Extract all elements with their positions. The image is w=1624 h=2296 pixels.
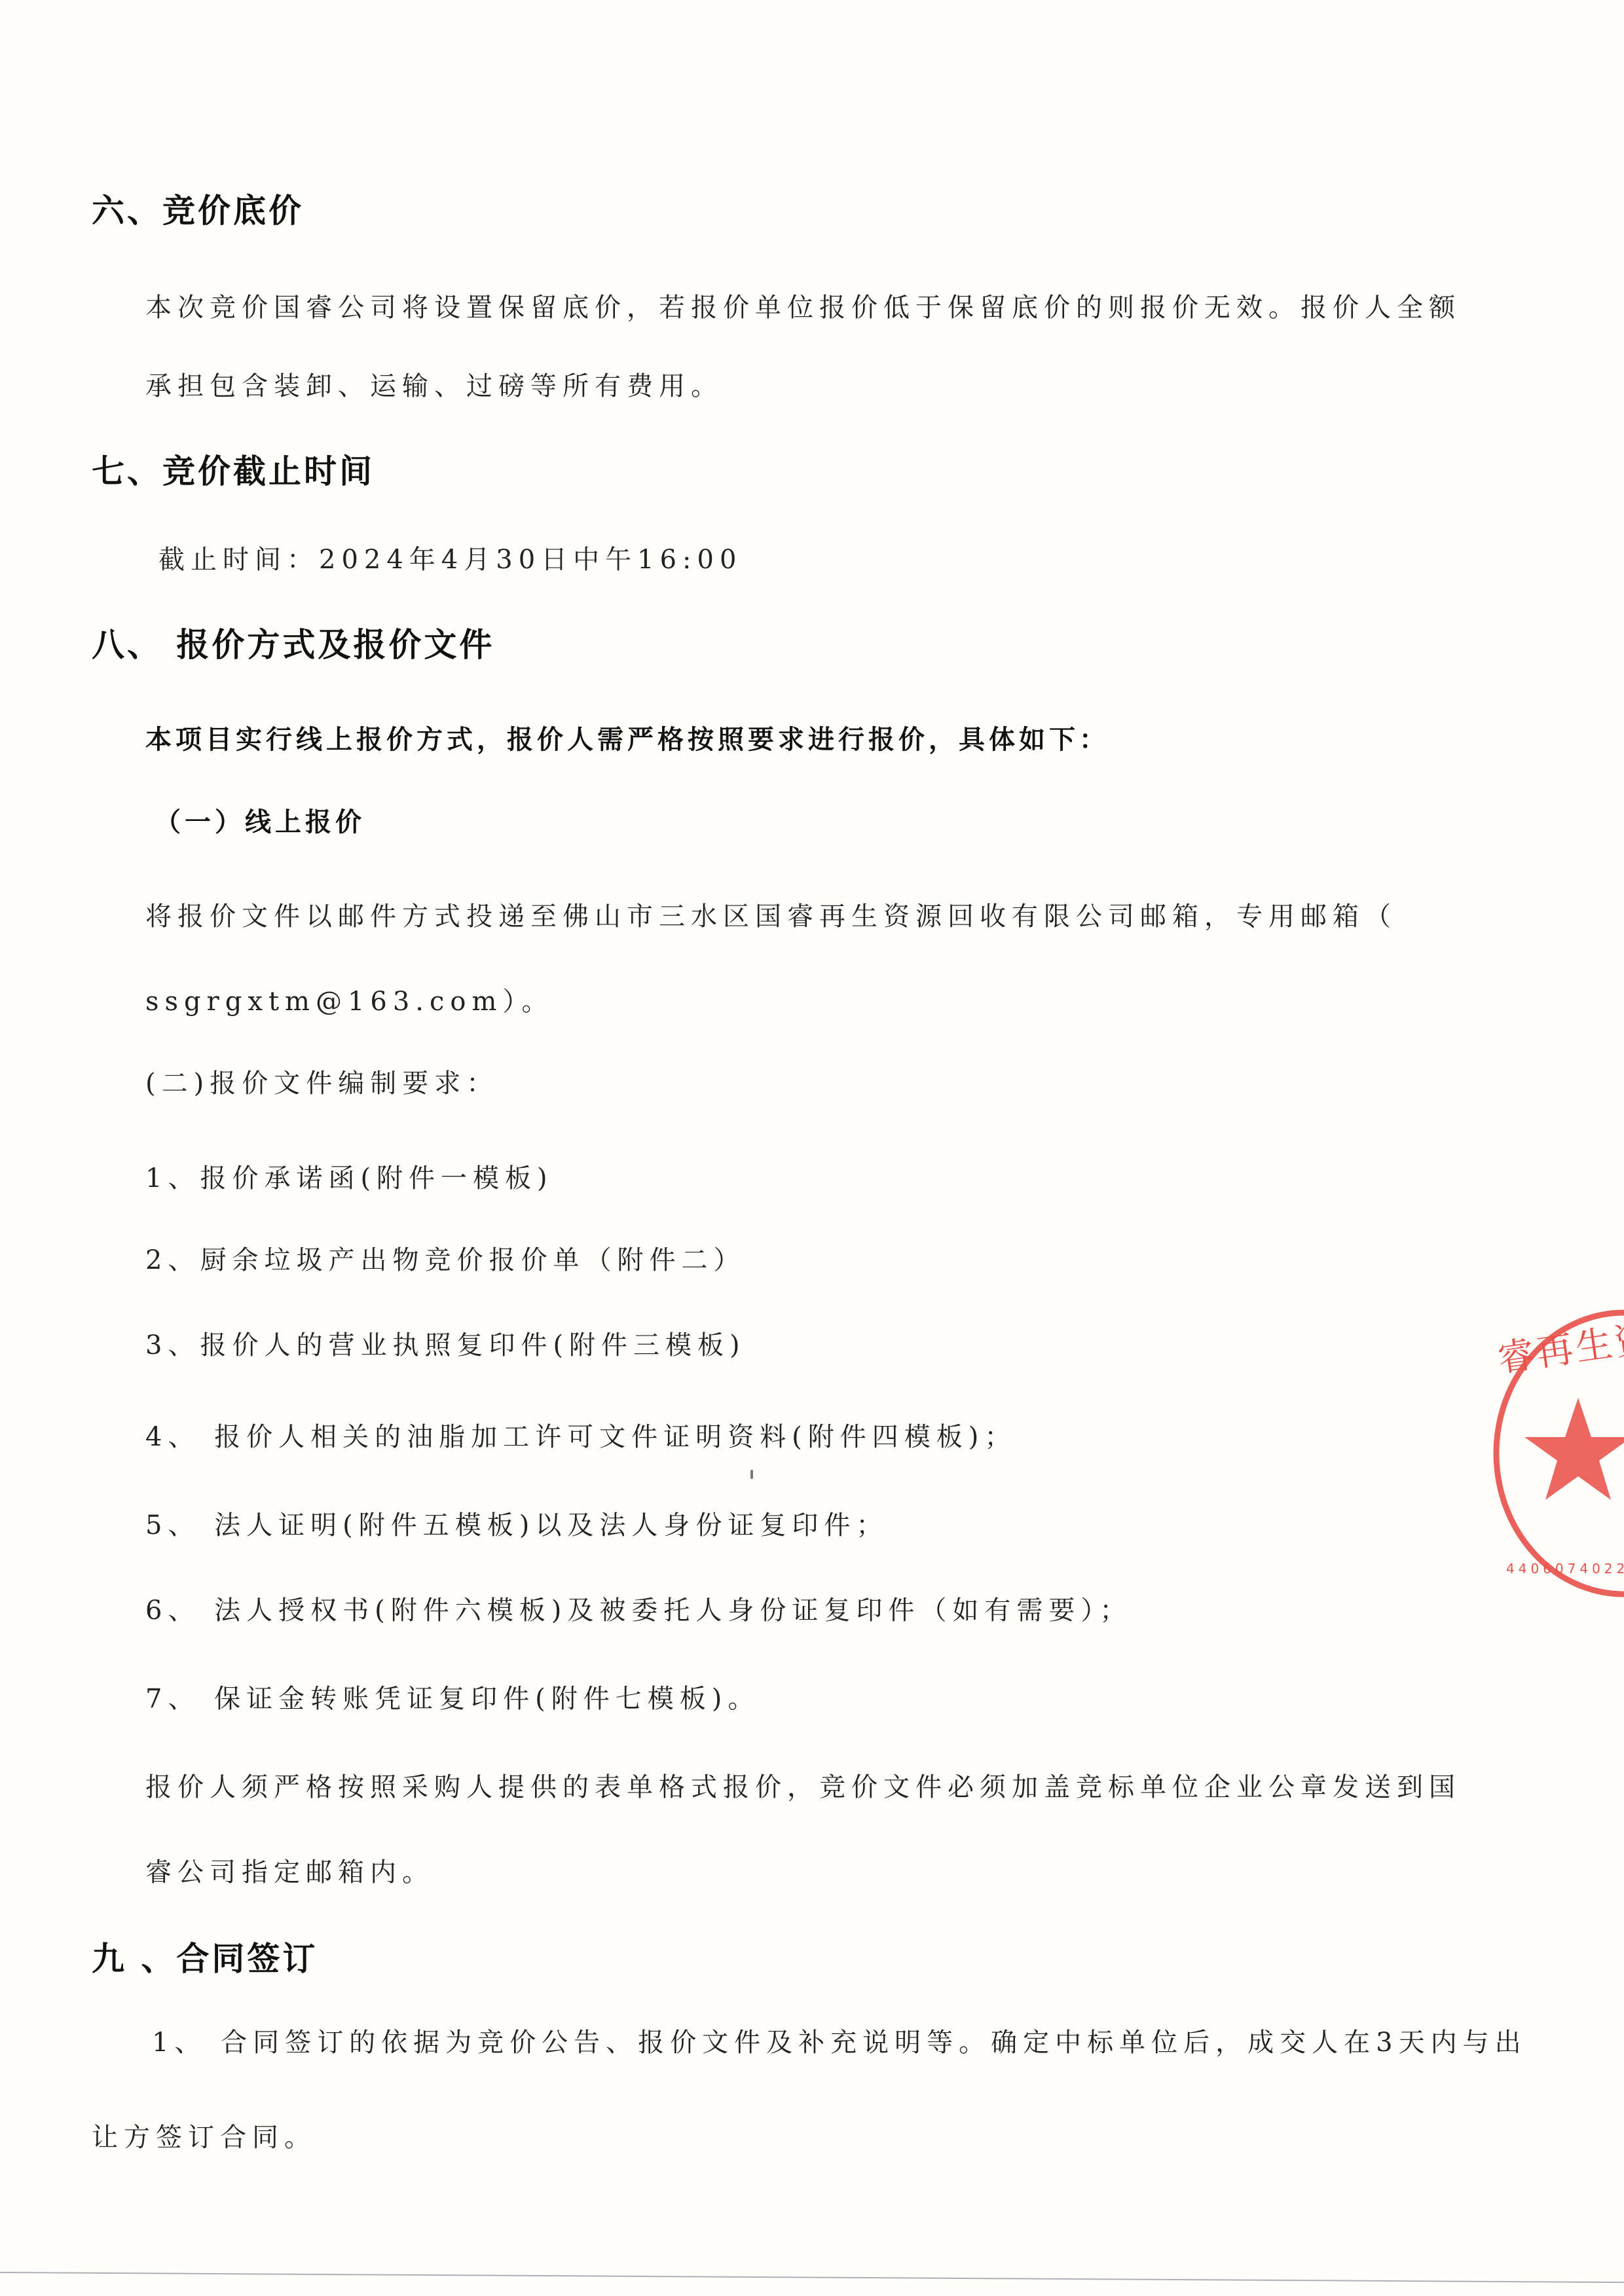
section-8-closing-line-2: 睿公司指定邮箱内。: [145, 1857, 434, 1888]
scan-speck: [750, 1470, 753, 1479]
seal-code: 4406074022: [1506, 1561, 1624, 1576]
section-8-intro: 本项目实行线上报价方式，报价人需严格按照要求进行报价，具体如下：: [145, 724, 1109, 756]
requirement-item: 4、 报价人相关的油脂加工许可文件证明资料(附件四模板)；: [145, 1421, 1016, 1453]
section-8-heading: 八、 报价方式及报价文件: [92, 625, 494, 665]
requirement-item: 5、 法人证明(附件五模板)以及法人身份证复印件；: [145, 1510, 888, 1541]
document-page: 六、竞价底价 本次竞价国睿公司将设置保留底价，若报价单位报价低于保留底价的则报价…: [0, 0, 1624, 2296]
section-9-line-1: 1、 合同签订的依据为竞价公告、报价文件及补充说明等。确定中标单位后，成交人在3…: [152, 2027, 1527, 2058]
requirement-item: 1、报价承诺函(附件一模板): [145, 1163, 553, 1194]
section-6-heading: 六、竞价底价: [92, 191, 304, 230]
seal-text: 睿再生资源: [1495, 1311, 1624, 1381]
section-6-line-2: 承担包含装卸、运输、过磅等所有费用。: [145, 371, 723, 402]
seal-icon: 睿再生资源 4406074022: [1486, 1293, 1624, 1607]
section-6-line-1: 本次竞价国睿公司将设置保留底价，若报价单位报价低于保留底价的则报价无效。报价人全…: [145, 292, 1461, 323]
online-quote-line-1: 将报价文件以邮件方式投递至佛山市三水区国睿再生资源回收有限公司邮箱，专用邮箱（: [145, 901, 1397, 932]
section-9-line-2: 让方签订合同。: [92, 2122, 316, 2153]
scan-edge-line: [0, 2272, 1624, 2283]
subsection-requirements-title: (二)报价文件编制要求：: [145, 1068, 498, 1099]
requirement-item: 6、 法人授权书(附件六模板)及被委托人身份证复印件（如有需要）；: [145, 1595, 1132, 1626]
section-8-closing-line-1: 报价人须严格按照采购人提供的表单格式报价，竞价文件必须加盖竞标单位企业公章发送到…: [145, 1772, 1461, 1803]
requirement-item: 3、报价人的营业执照复印件(附件三模板): [145, 1330, 746, 1361]
requirement-item: 2、厨余垃圾产出物竞价报价单（附件二）: [145, 1245, 745, 1276]
deadline-text: 截止时间：2024年4月30日中午16:00: [158, 544, 742, 575]
section-7-heading: 七、竞价截止时间: [92, 452, 375, 491]
section-9-heading: 九 、合同签订: [92, 1939, 318, 1978]
company-seal: 睿再生资源 4406074022: [1486, 1293, 1624, 1607]
subsection-online-quote-title: （一）线上报价: [155, 807, 365, 838]
requirement-item: 7、 保证金转账凭证复印件(附件七模板)。: [145, 1683, 760, 1715]
online-quote-email-line: ssgrgxtm@163.com）。: [145, 986, 553, 1017]
